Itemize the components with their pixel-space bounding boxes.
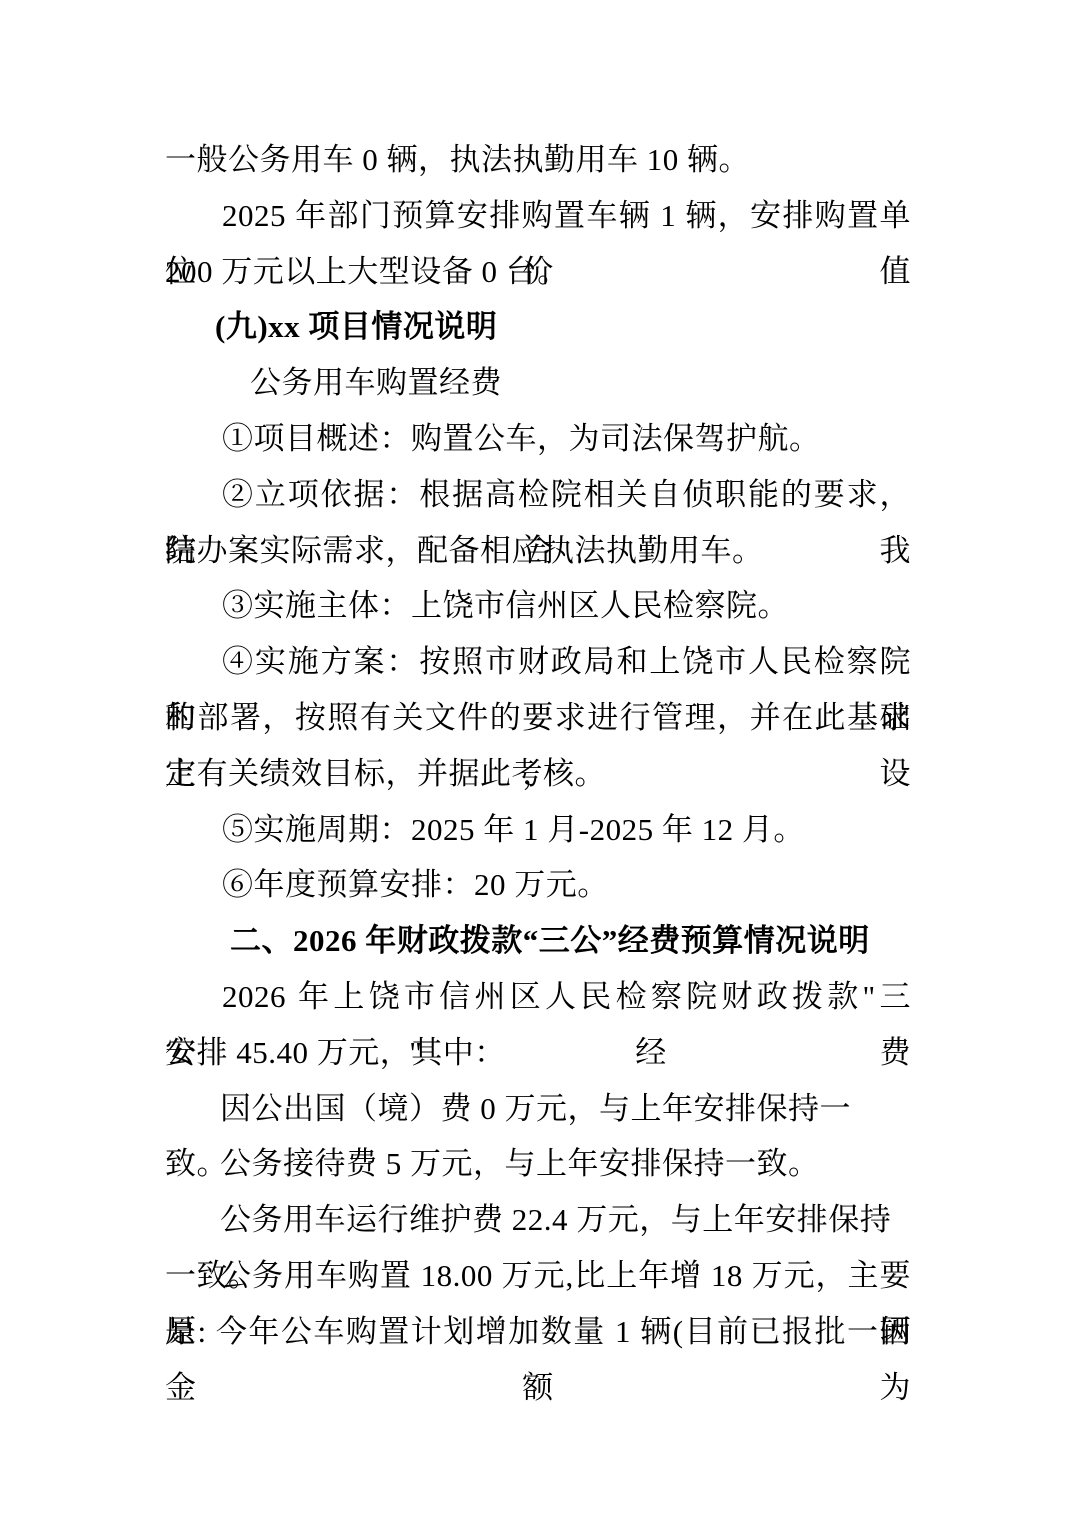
text-line: 公务接待费 5 万元，与上年安排保持一致。 xyxy=(165,1136,911,1192)
text-line: 公务用车购置经费 xyxy=(165,355,911,411)
text-line: ②立项依据：根据高检院相关自侦职能的要求，结合我 xyxy=(165,467,911,523)
text-line: 因公出国（境）费 0 万元，与上年安排保持一致。 xyxy=(165,1081,911,1137)
section-heading: 二、2026 年财政拨款“三公”经费预算情况说明 xyxy=(165,913,911,969)
text-line: 2026 年上饶市信州区人民检察院财政拨款"三公"经费 xyxy=(165,969,911,1025)
text-line: 一般公务用车 0 辆，执法执勤用车 10 辆。 xyxy=(165,132,911,188)
text-line: ④实施方案：按照市财政局和上饶市人民检察院的要求 xyxy=(165,634,911,690)
text-line: 2025 年部门预算安排购置车辆 1 辆，安排购置单位价值 xyxy=(165,188,911,244)
text-line: 公务用车购置 18.00 万元,比上年增 18 万元，主要原因 xyxy=(165,1248,911,1304)
text-line: ①项目概述：购置公车，为司法保驾护航。 xyxy=(165,411,911,467)
text-line: 是: 今年公车购置计划增加数量 1 辆(目前已报批一辆金额为 xyxy=(165,1304,911,1360)
page-content: 一般公务用车 0 辆，执法执勤用车 10 辆。2025 年部门预算安排购置车辆 … xyxy=(165,132,911,1360)
document-page: 一般公务用车 0 辆，执法执勤用车 10 辆。2025 年部门预算安排购置车辆 … xyxy=(0,0,1074,1520)
text-line: ⑤实施周期：2025 年 1 月-2025 年 12 月。 xyxy=(165,802,911,858)
text-line: ③实施主体：上饶市信州区人民检察院。 xyxy=(165,578,911,634)
text-line: 公务用车运行维护费 22.4 万元，与上年安排保持一致。 xyxy=(165,1192,911,1248)
text-line: ⑥年度预算安排：20 万元。 xyxy=(165,857,911,913)
text-line: 和部署，按照有关文件的要求进行管理，并在此基础上，设 xyxy=(165,690,911,746)
section-heading: (九)xx 项目情况说明 xyxy=(165,299,911,355)
